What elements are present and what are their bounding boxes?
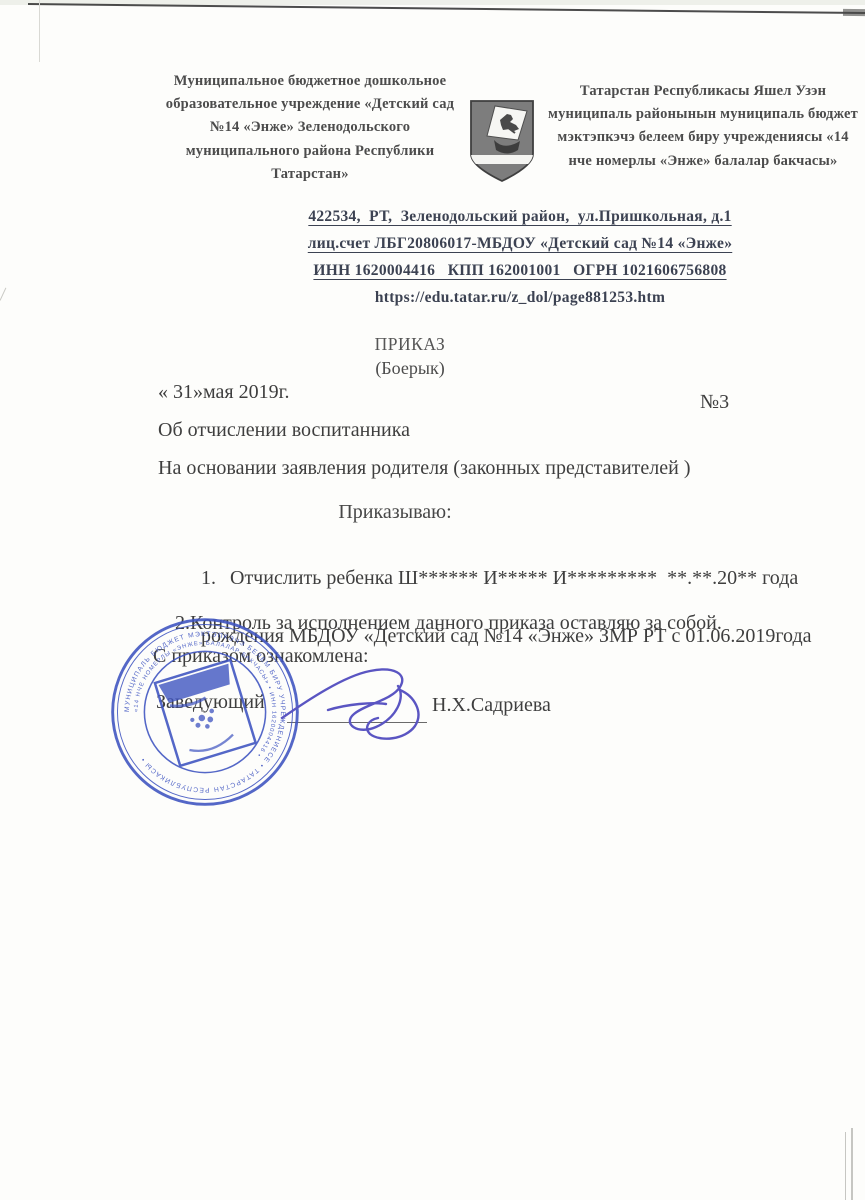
scan-bottom-right-artifact (851, 1128, 853, 1200)
order-item-1-line1: Отчислить ребенка Ш****** И***** И******… (230, 567, 798, 589)
header-org-name-russian: Муниципальное бюджетное дошкольное образ… (155, 70, 465, 186)
handwritten-signature (268, 652, 468, 752)
coat-of-arms-zelenodolsk (466, 98, 538, 184)
stamp-outer-ring-text: МУНИЦИПАЛЬ БЮДЖЕТ МЭКТЭПКЭЧЭ БЕЛЕМ БИРУ … (124, 631, 286, 793)
address-block: 422534, РТ, Зеленодольский район, ул.При… (225, 208, 815, 316)
document-number: №3 (700, 391, 729, 414)
document-date: « 31»мая 2019г. (158, 381, 290, 404)
scan-scratch-artifact (0, 288, 6, 301)
scan-bottom-right-artifact (845, 1132, 846, 1200)
header-org-name-tatar: Татарстан Республикасы Яшел Узэн муницип… (548, 80, 858, 173)
account-line: лиц.счет ЛБГ20806017-МБДОУ «Детский сад … (225, 235, 815, 253)
stamp-center-emblem (155, 660, 256, 766)
order-word: Приказываю: (160, 501, 630, 524)
shield-white-band (469, 155, 535, 164)
order-item-1-number: 1. (201, 564, 216, 593)
document-title-block: ПРИКАЗ (Боерык) (160, 334, 660, 379)
document-subject: Об отчислении воспитанника (158, 419, 410, 442)
scan-left-artifact (39, 0, 40, 62)
scanned-order-document: Муниципальное бюджетное дошкольное образ… (0, 0, 865, 1200)
document-basis: На основании заявления родителя (законны… (158, 457, 690, 480)
scan-edge-corner (843, 9, 865, 16)
website-line: https://edu.tatar.ru/z_dol/page881253.ht… (225, 289, 815, 307)
address-line: 422534, РТ, Зеленодольский район, ул.При… (225, 208, 815, 226)
document-title-tatar: (Боерык) (160, 358, 660, 379)
inn-kpp-ogrn-line: ИНН 1620004416 КПП 162001001 ОГРН 102160… (225, 262, 815, 280)
document-title: ПРИКАЗ (160, 334, 660, 355)
